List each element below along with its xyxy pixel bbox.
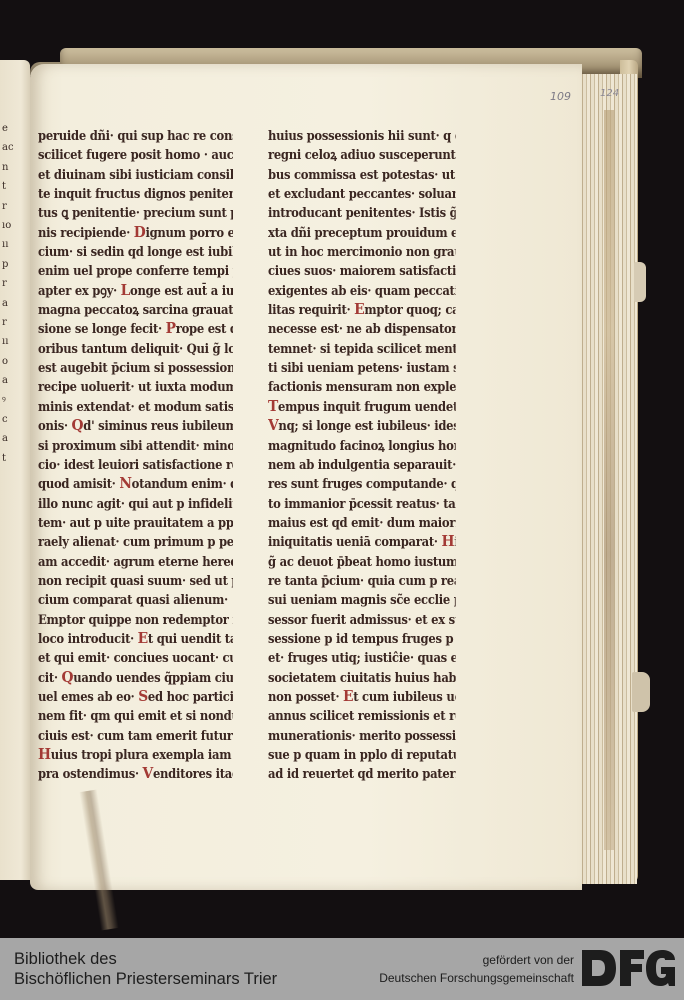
rubricated-initial: V — [143, 764, 153, 782]
rubricated-initial: Q — [71, 416, 83, 434]
manuscript-line: temnet· si tepida scilicet mente debe — [268, 339, 456, 358]
library-line-1: Bibliothek des — [14, 949, 277, 969]
text-column-right: huius possessionis hii sunt· q clauẽregn… — [268, 126, 472, 784]
manuscript-line: sue p quam in pplo di reputatus ẽ· — [268, 745, 456, 764]
manuscript-line: apter ex pꝯy· Longe est aut̄ a iubileo· … — [38, 281, 233, 300]
manuscript-line: non posset· Et cum iubileus uenit· — [268, 687, 456, 706]
manuscript-line: cio· idest leuiori satisfactione recipie… — [38, 455, 233, 474]
manuscript-line: loco introducit· Et qui uendit tam — [38, 629, 233, 648]
library-line-2: Bischöflichen Priesterseminars Trier — [14, 969, 277, 989]
manuscript-line: cium· si sedin qd longe est iubileo qui — [38, 242, 233, 261]
rubricated-initial: V — [268, 416, 278, 434]
verso-text-fragment: p — [2, 260, 8, 270]
manuscript-line: bus commissa est potestas· ut ligent — [268, 165, 456, 184]
manuscript-line: munerationis· merito possessionis — [268, 726, 456, 745]
manuscript-line: illo nunc agit· qui aut p infidelita — [38, 494, 233, 513]
manuscript-line: Emptor quippe non redemptor in hoc — [38, 610, 233, 629]
manuscript-line: ad id reuertet qd merito paterne — [268, 764, 456, 783]
manuscript-line: ut in hoc mercimonio non grauāt — [268, 242, 456, 261]
rubricated-initial: H — [38, 745, 51, 763]
verso-text-fragment: ꝰ — [2, 396, 6, 406]
manuscript-line: cit· Quando uendes q̃ppiam ciui tuo· — [38, 668, 233, 687]
manuscript-line: ciues suos· maiorem satisfactionem — [268, 261, 456, 280]
verso-page-edge: eacntrıoııprarııoaꝰcat — [0, 60, 30, 880]
rubricated-initial: S — [138, 687, 148, 705]
manuscript-image-viewer: eacntrıoııprarııoaꝰcat 109 peruide dñi· … — [0, 0, 684, 938]
verso-text-fragment: n — [2, 163, 8, 173]
text-column-left: peruide dñi· qui sup hac re consulit· q̄… — [38, 126, 250, 784]
rubricated-initial: E — [343, 687, 353, 705]
manuscript-line: onis· Qd' siminus reus iubileum qua — [38, 416, 233, 435]
dfg-logo-icon — [580, 950, 676, 986]
parchment-fragment-upper — [634, 262, 646, 302]
verso-text-fragment: a — [2, 376, 8, 386]
rubricated-initial: E — [354, 300, 364, 318]
verso-text-fragment: e — [2, 124, 8, 134]
rubricated-initial: T — [268, 397, 278, 415]
verso-text-fragment: ac — [2, 143, 14, 153]
library-credit: Bibliothek des Bischöflichen Priestersem… — [14, 949, 277, 989]
manuscript-line: sessione p id tempus fruges p cepi — [268, 629, 456, 648]
manuscript-line: peruide dñi· qui sup hac re consulit· q̄… — [38, 126, 233, 145]
manuscript-line: maius est qd emit· dum maioris — [268, 513, 456, 532]
folio-number-secondary: 124 — [600, 88, 619, 99]
manuscript-line: iniquitatis ueniā comparat· Hilari — [268, 532, 456, 551]
verso-text-fragment: ıo — [2, 221, 11, 231]
page-damage — [79, 789, 119, 930]
manuscript-line: enim uel prope conferre tempi ponduis — [38, 261, 233, 280]
rubricated-initial: Q — [62, 668, 74, 686]
manuscript-line: huius possessionis hii sunt· q clauẽ — [268, 126, 456, 145]
funding-line-1: gefördert von der — [379, 951, 574, 969]
rubricated-initial: H — [441, 532, 454, 550]
recto-page: 109 peruide dñi· qui sup hac re consulit… — [30, 64, 582, 890]
manuscript-line: non recipit quasi suum· sed ut p — [38, 571, 233, 590]
manuscript-line: re tanta p̄cium· quia cum p reat' — [268, 571, 456, 590]
manuscript-line: quod amisit· Notandum enim· qd de — [38, 474, 233, 493]
manuscript-line: pra ostendimus· Venditores itaq; — [38, 764, 233, 783]
verso-text-fragment: r — [2, 279, 7, 289]
footer-banner: Bibliothek des Bischöflichen Priestersem… — [0, 938, 684, 1000]
manuscript-line: g̃ ac deuot p̄beat homo iustum pro — [268, 552, 456, 571]
manuscript-line: nem fit· qm qui emit et si nondum — [38, 706, 233, 725]
rubricated-initial: L — [121, 281, 130, 299]
parchment-fragment-lower — [632, 672, 650, 712]
manuscript-line: Vnq; si longe est iubileus· idest si — [268, 416, 456, 435]
manuscript-line: est augebit p̄cium si possessionem suā — [38, 358, 233, 377]
rubricated-initial: P — [166, 319, 176, 337]
manuscript-line: sessor fuerit admissus· et ex sua po — [268, 610, 456, 629]
manuscript-line: nis recipiende· Dignum porro erit hoc p̄ — [38, 223, 233, 242]
funding-line-2: Deutschen Forschungsgemeinschaft — [379, 969, 574, 987]
manuscript-line: Huius tropi plura exempla iam su — [38, 745, 233, 764]
manuscript-line: tem· aut p uite prauitatem a pplo is — [38, 513, 233, 532]
manuscript-line: introducant penitentes· Istis g̃ iu — [268, 203, 456, 222]
manuscript-line: nem ab indulgentia separauit· plu — [268, 455, 456, 474]
manuscript-line: cium comparat quasi alienum· — [38, 590, 233, 609]
manuscript-line: magna peccatoꝝ sarcina grauat· a remis — [38, 300, 233, 319]
page-stack-stain — [604, 110, 614, 850]
manuscript-line: et excludant peccantes· soluant et — [268, 184, 456, 203]
manuscript-line: magnitudo facinoꝝ longius homi — [268, 436, 456, 455]
manuscript-line: scilicet fugere posit homo · auctoritas … — [38, 145, 233, 164]
verso-text-fragment: ıı — [2, 240, 8, 250]
funding-credit: gefördert von der Deutschen Forschungsge… — [379, 951, 574, 987]
verso-text-fragment: t — [2, 454, 6, 464]
manuscript-line: et diuinam sibi iusticiam consiliare fac… — [38, 165, 233, 184]
manuscript-line: raely alienat· cum primum p penitenti — [38, 532, 233, 551]
manuscript-line: am accedit· agrum eterne hereditati — [38, 552, 233, 571]
verso-text-fragment: r — [2, 318, 7, 328]
verso-text-fragment: t — [2, 182, 6, 192]
verso-text-fragment: o — [2, 357, 8, 367]
manuscript-line: recipe uoluerit· ut iuxta modum cri — [38, 377, 233, 396]
manuscript-line: xta dñi preceptum prouidum est· — [268, 223, 456, 242]
manuscript-line: necesse est· ne ab dispensatorem con — [268, 319, 456, 338]
manuscript-line: uel emes ab eo· Sed hoc participatio — [38, 687, 233, 706]
rubricated-initial: D — [134, 223, 146, 241]
manuscript-line: et· fruges utiq; iustiĉie· quas extra — [268, 648, 456, 667]
manuscript-line: ciuis est· cum tam emerit futur' est· — [38, 726, 233, 745]
manuscript-line: tus ꝗ penitentie· precium sunt possessio — [38, 203, 233, 222]
verso-text-fragment: c — [2, 415, 8, 425]
folio-number: 109 — [550, 90, 571, 103]
manuscript-line: factionis mensuram non explet· — [268, 377, 456, 396]
manuscript-line: minis extendat· et modum satisfacti — [38, 397, 233, 416]
manuscript-line: exigentes ab eis· quam peccati qua — [268, 281, 456, 300]
manuscript-line: regni celoꝝ adiuo susceperunt· qui — [268, 145, 456, 164]
manuscript-line: Tempus inquit frugum uendet t̃· — [268, 397, 456, 416]
manuscript-line: et qui emit· conciues uocant· cum di — [38, 648, 233, 667]
manuscript-line: annus scilicet remissionis et re — [268, 706, 456, 725]
manuscript-line: litas requirit· Emptor quoq; caueat — [268, 300, 456, 319]
rubricated-initial: N — [119, 474, 131, 492]
manuscript-line: societatem ciuitatis huius habere — [268, 668, 456, 687]
verso-text-fragment: ıı — [2, 337, 8, 347]
manuscript-line: ti sibi ueniam petens· iustam satis — [268, 358, 456, 377]
manuscript-line: si proximum sibi attendit· minori p̄ — [38, 436, 233, 455]
rubricated-initial: E — [138, 629, 148, 647]
manuscript-line: res sunt fruges computande· qa quā — [268, 474, 456, 493]
manuscript-line: sui ueniam magnis sc̃e ecclie pos — [268, 590, 456, 609]
manuscript-line: to immanior p̄cessit reatus· tanto — [268, 494, 456, 513]
verso-text-fragment: a — [2, 434, 8, 444]
manuscript-line: oribus tantum deliquit· Qui g̃ longe — [38, 339, 233, 358]
manuscript-line: te inquit fructus dignos penitentie· fru… — [38, 184, 233, 203]
manuscript-line: sione se longe fecit· Prope est qui in l… — [38, 319, 233, 338]
verso-text-fragment: a — [2, 299, 8, 309]
verso-text-fragment: r — [2, 202, 7, 212]
